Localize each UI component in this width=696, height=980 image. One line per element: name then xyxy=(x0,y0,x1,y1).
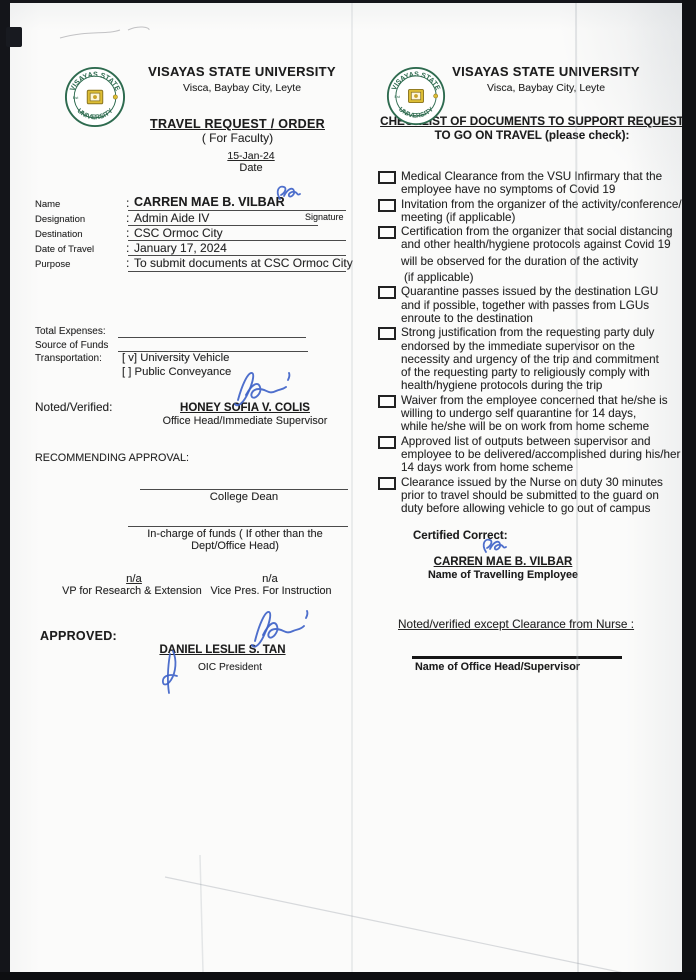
transportation-label: Transportation: xyxy=(35,353,102,364)
scan-edge-left xyxy=(0,0,10,980)
total-expenses-line xyxy=(118,337,306,338)
scan-edge-right xyxy=(682,0,696,980)
supervisor-title: Office Head/Immediate Supervisor xyxy=(150,415,340,427)
scan-tab-mark xyxy=(6,27,22,47)
vp-instruction-label: Vice Pres. For Instruction xyxy=(194,585,348,597)
checkbox-unchecked-icon xyxy=(378,436,396,449)
signature-caption: Signature xyxy=(305,212,344,222)
left-form-subtitle: ( For Faculty) xyxy=(95,131,380,145)
field-colon: : xyxy=(126,256,129,270)
scanned-travel-request-document: VISAYAS STATE UNIVERSITY Est VISAYAS STA… xyxy=(0,0,696,980)
field-label-purpose: Purpose xyxy=(35,259,70,270)
total-expenses-label: Total Expenses: xyxy=(35,326,106,337)
checkbox-unchecked-icon xyxy=(378,226,396,239)
transport-option-university-vehicle: [ v] University Vehicle xyxy=(122,352,229,364)
signature-employee-initial xyxy=(268,182,302,208)
checklist-item: Clearance issued by the Nurse on duty 30… xyxy=(378,476,690,516)
field-value-date-of-travel: January 17, 2024 xyxy=(134,241,227,255)
checklist-item-text: health/hygiene protocols during the trip xyxy=(401,379,690,392)
college-dean-line xyxy=(140,489,348,490)
checklist-item-text: of the requesting party to religiously c… xyxy=(401,366,690,379)
checklist-item-text: Medical Clearance from the VSU Infirmary… xyxy=(401,170,690,183)
field-value-designation: Admin Aide IV xyxy=(134,211,209,225)
checklist-item-text: enroute to the destination xyxy=(401,312,690,325)
checklist-item-text: duty before allowing vehicle to go out o… xyxy=(401,502,690,515)
incharge-funds-line xyxy=(128,526,348,527)
field-colon: : xyxy=(126,211,129,225)
checklist-item-text: willing to undergo self quarantine for 1… xyxy=(401,407,690,420)
field-colon: : xyxy=(126,241,129,255)
checklist-item: Invitation from the organizer of the act… xyxy=(378,198,690,225)
approved-label: APPROVED: xyxy=(40,629,117,643)
field-label-designation: Designation xyxy=(35,214,85,225)
travel-date-label: Date xyxy=(216,162,286,174)
checklist-item-text: employee have no symptoms of Covid 19 xyxy=(401,183,690,196)
signature-honey-colis xyxy=(222,368,294,408)
svg-text:Est: Est xyxy=(394,95,400,99)
field-value-destination: CSC Ormoc City xyxy=(134,226,223,240)
right-university-name: VISAYAS STATE UNIVERSITY xyxy=(452,64,640,79)
incharge-funds-label-line1: In-charge of funds ( If other than the xyxy=(110,528,360,540)
vp-research-label: VP for Research & Extension xyxy=(56,585,208,597)
noted-except-clearance-label: Noted/verified except Clearance from Nur… xyxy=(398,617,634,631)
right-university-address: Visca, Baybay City, Leyte xyxy=(452,82,640,94)
checkbox-unchecked-icon xyxy=(378,286,396,299)
field-label-destination: Destination xyxy=(35,229,83,240)
checklist-item-text: meeting (if applicable) xyxy=(401,211,690,224)
vp-research-na-value: n/a xyxy=(114,573,154,585)
noted-verified-label: Noted/Verified: xyxy=(35,400,112,414)
vp-instruction-na-value: n/a xyxy=(250,573,290,585)
incharge-funds-label-line2: Dept/Office Head) xyxy=(110,540,360,552)
recommending-approval-label: RECOMMENDING APPROVAL: xyxy=(35,452,189,464)
checklist-item: Certification from the organizer that so… xyxy=(378,225,690,284)
field-underline-purpose xyxy=(128,271,346,272)
transport-option-public-conveyance: [ ] Public Conveyance xyxy=(122,366,231,378)
vsu-seal-left: VISAYAS STATE UNIVERSITY Est xyxy=(64,66,126,128)
checklist-item-text: Quarantine passes issued by the destinat… xyxy=(401,285,690,298)
field-value-purpose: To submit documents at CSC Ormoc City xyxy=(134,256,353,270)
checklist-item-text: employee to be delivered/accomplished du… xyxy=(401,448,690,461)
checkbox-unchecked-icon xyxy=(378,327,396,340)
left-form-title: TRAVEL REQUEST / ORDER xyxy=(95,117,380,131)
signature-daniel-tan xyxy=(238,606,314,650)
office-head-caption: Name of Office Head/Supervisor xyxy=(415,661,580,673)
checklist-item-text: Waiver from the employee concerned that … xyxy=(401,394,690,407)
left-university-name: VISAYAS STATE UNIVERSITY xyxy=(148,64,336,79)
checklist-item: Quarantine passes issued by the destinat… xyxy=(378,285,690,325)
checklist-item-text: Certification from the organizer that so… xyxy=(401,225,690,238)
travelling-employee-caption: Name of Travelling Employee xyxy=(408,569,598,581)
scan-edge-bottom xyxy=(0,972,696,980)
scan-edge-top xyxy=(0,0,696,3)
signature-carren-vilbar xyxy=(474,535,508,561)
checklist-item: Approved list of outputs between supervi… xyxy=(378,435,690,475)
field-label-name: Name xyxy=(35,199,60,210)
checklist-item-text: necessity and urgency of the trip and co… xyxy=(401,353,690,366)
checkbox-unchecked-icon xyxy=(378,199,396,212)
checklist-item-text: while he/she will be on work from home s… xyxy=(401,420,690,433)
signature-for-note xyxy=(156,648,184,696)
svg-text:Est: Est xyxy=(73,95,80,100)
field-label-date-of-travel: Date of Travel xyxy=(35,244,94,255)
checklist-item: Waiver from the employee concerned that … xyxy=(378,394,690,434)
checklist-item-text: endorsed by the immediate supervisor on … xyxy=(401,340,690,353)
vsu-seal-right: VISAYAS STATE UNIVERSITY Est xyxy=(386,66,446,126)
office-head-signature-line xyxy=(412,656,622,659)
field-value-name: CARREN MAE B. VILBAR xyxy=(134,195,285,209)
checkbox-unchecked-icon xyxy=(378,477,396,490)
left-university-address: Visca, Baybay City, Leyte xyxy=(148,82,336,94)
checklist-item-text: Clearance issued by the Nurse on duty 30… xyxy=(401,476,690,489)
travel-date-value: 15-Jan-24 xyxy=(216,150,286,162)
checkbox-unchecked-icon xyxy=(378,395,396,408)
checklist-item: Strong justification from the requesting… xyxy=(378,326,690,392)
travel-document-checklist: Medical Clearance from the VSU Infirmary… xyxy=(378,170,690,516)
checklist-item: Medical Clearance from the VSU Infirmary… xyxy=(378,170,690,197)
checklist-item-text: Invitation from the organizer of the act… xyxy=(401,198,690,211)
checklist-title-line2: TO GO ON TRAVEL (please check): xyxy=(376,129,688,142)
source-of-funds-label: Source of Funds xyxy=(35,340,108,351)
checklist-item-text: Approved list of outputs between supervi… xyxy=(401,435,690,448)
checklist-item-text: and if possible, together with passes fr… xyxy=(401,299,690,312)
checklist-item-text: (if applicable) xyxy=(401,271,690,284)
college-dean-label: College Dean xyxy=(140,491,348,503)
field-colon: : xyxy=(126,196,129,210)
checklist-item-text: 14 days work from home scheme xyxy=(401,461,690,474)
checkbox-unchecked-icon xyxy=(378,171,396,184)
checklist-item-text: will be observed for the duration of the… xyxy=(401,255,690,268)
checklist-item-text: Strong justification from the requesting… xyxy=(401,326,690,339)
checklist-item-text: and other health/hygiene protocols again… xyxy=(401,238,690,251)
field-colon: : xyxy=(126,226,129,240)
checklist-item-text: prior to travel should be submitted to t… xyxy=(401,489,690,502)
